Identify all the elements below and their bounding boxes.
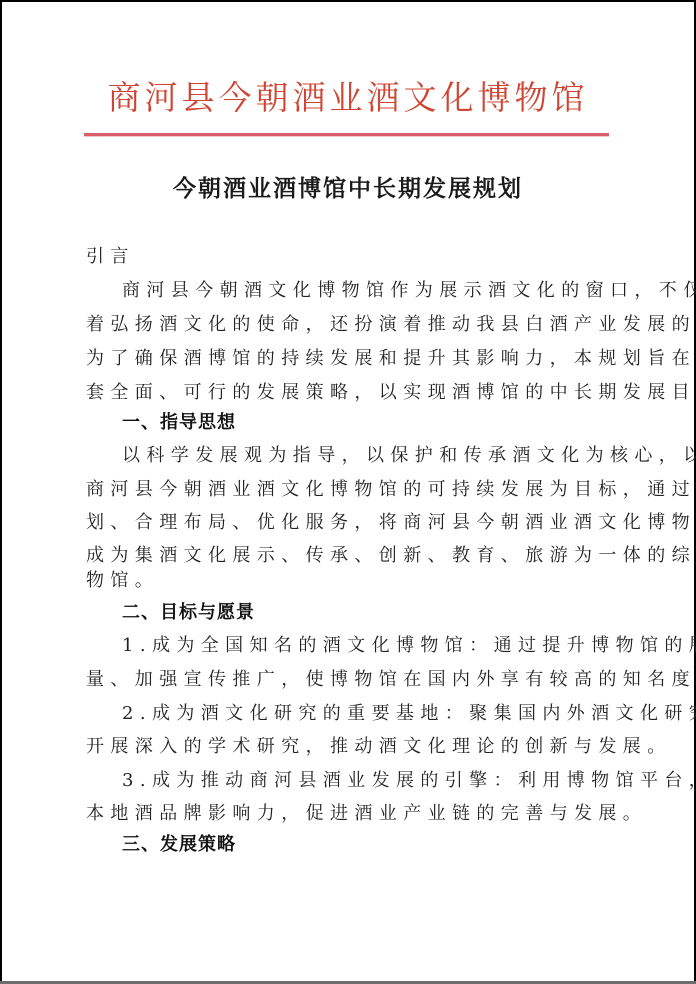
goal-item-2-line: 2.成为酒文化研究的重要基地：聚集国内外酒文化研究力量， — [122, 700, 696, 728]
section-line: 物馆。 — [86, 567, 159, 595]
section-heading-goals-vision: 二、目标与愿景 — [122, 599, 255, 627]
section-heading-guiding-principles: 一、指导思想 — [122, 409, 236, 437]
intro-line: 着弘扬酒文化的使命，还扮演着推动我县白酒产业发展的角色。 — [86, 311, 696, 339]
section-line: 商河县今朝酒业酒文化博物馆的可持续发展为目标，通过科学规 — [86, 476, 696, 504]
section-heading-development-strategy: 三、发展策略 — [122, 831, 236, 859]
document-title: 今朝酒业酒博馆中长期发展规划 — [0, 173, 696, 205]
goal-item-3-line: 本地酒品牌影响力，促进酒业产业链的完善与发展。 — [86, 800, 647, 828]
goal-item-3-line: 3.成为推动商河县酒业发展的引擎：利用博物馆平台，提升 — [122, 767, 696, 795]
goal-item-1-line: 量、加强宣传推广，使博物馆在国内外享有较高的知名度。 — [86, 666, 696, 694]
goal-item-1-line: 1.成为全国知名的酒文化博物馆：通过提升博物馆的展览质 — [122, 632, 696, 660]
intro-label: 引言 — [86, 243, 135, 271]
section-line: 以科学发展观为指导，以保护和传承酒文化为核心，以推动 — [122, 442, 696, 470]
intro-line: 为了确保酒博馆的持续发展和提升其影响力，本规划旨在提出一 — [86, 345, 696, 373]
section-line: 划、合理布局、优化服务，将商河县今朝酒业酒文化博物馆建设 — [86, 509, 696, 537]
letterhead-divider-shadow — [84, 136, 609, 137]
section-line: 成为集酒文化展示、传承、创新、教育、旅游为一体的综合性博 — [86, 542, 696, 570]
goal-item-2-line: 开展深入的学术研究，推动酒文化理论的创新与发展。 — [86, 733, 672, 761]
intro-line: 套全面、可行的发展策略，以实现酒博馆的中长期发展目标。 — [86, 379, 696, 407]
intro-line: 商河县今朝酒文化博物馆作为展示酒文化的窗口，不仅承担 — [122, 277, 696, 305]
letterhead-title: 商河县今朝酒业酒文化博物馆 — [0, 76, 696, 120]
